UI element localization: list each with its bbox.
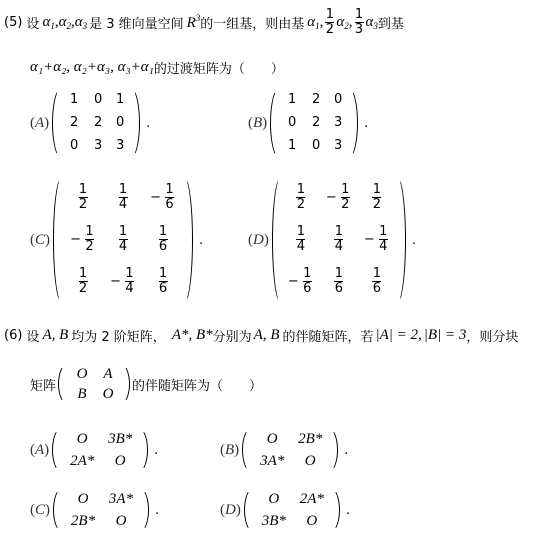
q5-text-5: 的过渡矩阵为（ ） <box>154 58 284 77</box>
q6-text-2: 均为 2 阶矩阵， <box>71 326 166 345</box>
det-a: |A| = 2, <box>376 327 422 344</box>
q6-number: (6) <box>4 328 22 343</box>
q6-line1: (6) 设 A, B 均为 2 阶矩阵， A*, B* 分别为 A, B 的伴随… <box>4 326 518 345</box>
option-label: (D) <box>220 502 241 519</box>
q6-text-3: 分别为 <box>213 326 252 345</box>
q6-text-4: 的伴随矩阵，若 <box>282 326 373 345</box>
q6-text-1: 设 <box>26 326 39 345</box>
q6-text-5: ，则分块 <box>466 326 518 345</box>
matrix: 12 −12 12 14 14 −14 −16 16 16 <box>272 176 406 304</box>
q5-line1: (5) 设 α1 , α2 , α3 是 3 维向量空间 R3 的一组基，则由基… <box>4 8 404 37</box>
alpha-3: α3 <box>75 14 87 31</box>
matrices-ab: A, B <box>42 327 68 344</box>
option-label: (C) <box>30 502 50 519</box>
comma: , <box>349 14 353 31</box>
q6-line2: 矩阵 OA BO 的伴随矩阵为（ ） <box>30 364 262 404</box>
option-label: (C) <box>30 232 50 249</box>
adjugates: A*, B* <box>172 327 213 344</box>
q6-text-6: 矩阵 <box>30 375 56 394</box>
option-label: (A) <box>30 442 49 459</box>
q5-option-a[interactable]: (A) 101 220 033 . <box>30 88 150 158</box>
matrix: 120 023 103 <box>270 88 358 158</box>
target-basis-expr: α₁+α₂, α₂+α₃, α₃+α₁ <box>30 59 154 76</box>
matrix: O3A* 2B*O <box>53 488 149 532</box>
matrices-ab: A, B <box>254 327 280 344</box>
q5-number: (5) <box>4 15 22 30</box>
matrix: 101 220 033 <box>52 88 140 158</box>
q5-line2: α₁+α₂, α₂+α₃, α₃+α₁ 的过渡矩阵为（ ） <box>30 58 284 77</box>
q5-text-2: 是 3 维向量空间 <box>89 13 184 32</box>
q5-option-b[interactable]: (B) 120 023 103 . <box>248 88 368 158</box>
q5-text-3: 的一组基，则由基 <box>200 13 304 32</box>
fraction-one-third: 13 <box>355 8 364 37</box>
matrix: 12 14 −16 −12 14 16 12 −14 16 <box>53 176 193 304</box>
det-b: |B| = 3 <box>424 327 467 344</box>
matrix: O2A* 3B*O <box>244 488 340 532</box>
q5-text-4: 到基 <box>378 13 404 32</box>
q6-option-c[interactable]: (C) O3A* 2B*O . <box>30 488 159 532</box>
matrix: O3B* 2A*O <box>52 428 148 472</box>
q5-option-c[interactable]: (C) 12 14 −16 −12 14 16 12 −14 16 . <box>30 176 203 304</box>
q6-text-7: 的伴随矩阵为（ ） <box>132 375 262 394</box>
alpha-2: α2 <box>336 14 348 31</box>
option-label: (A) <box>30 115 49 132</box>
q5-option-d[interactable]: (D) 12 −12 12 14 14 −14 −16 16 16 . <box>248 176 416 304</box>
q6-option-a[interactable]: (A) O3B* 2A*O . <box>30 428 158 472</box>
q6-option-b[interactable]: (B) O2B* 3A*O . <box>220 428 348 472</box>
q6-option-d[interactable]: (D) O2A* 3B*O . <box>220 488 350 532</box>
block-matrix: OA BO <box>58 364 130 404</box>
alpha-2: α2 <box>59 14 71 31</box>
fraction-one-half: 12 <box>325 8 334 37</box>
option-label: (B) <box>248 115 267 132</box>
matrix: O2B* 3A*O <box>242 428 338 472</box>
option-label: (B) <box>220 442 239 459</box>
alpha-1: α1 <box>42 14 54 31</box>
alpha-3: α3 <box>366 14 378 31</box>
option-label: (D) <box>248 232 269 249</box>
comma: , <box>320 14 324 31</box>
space-R3: R3 <box>187 13 201 32</box>
alpha-1: α1 <box>307 14 319 31</box>
q5-text-1: 设 <box>26 13 39 32</box>
